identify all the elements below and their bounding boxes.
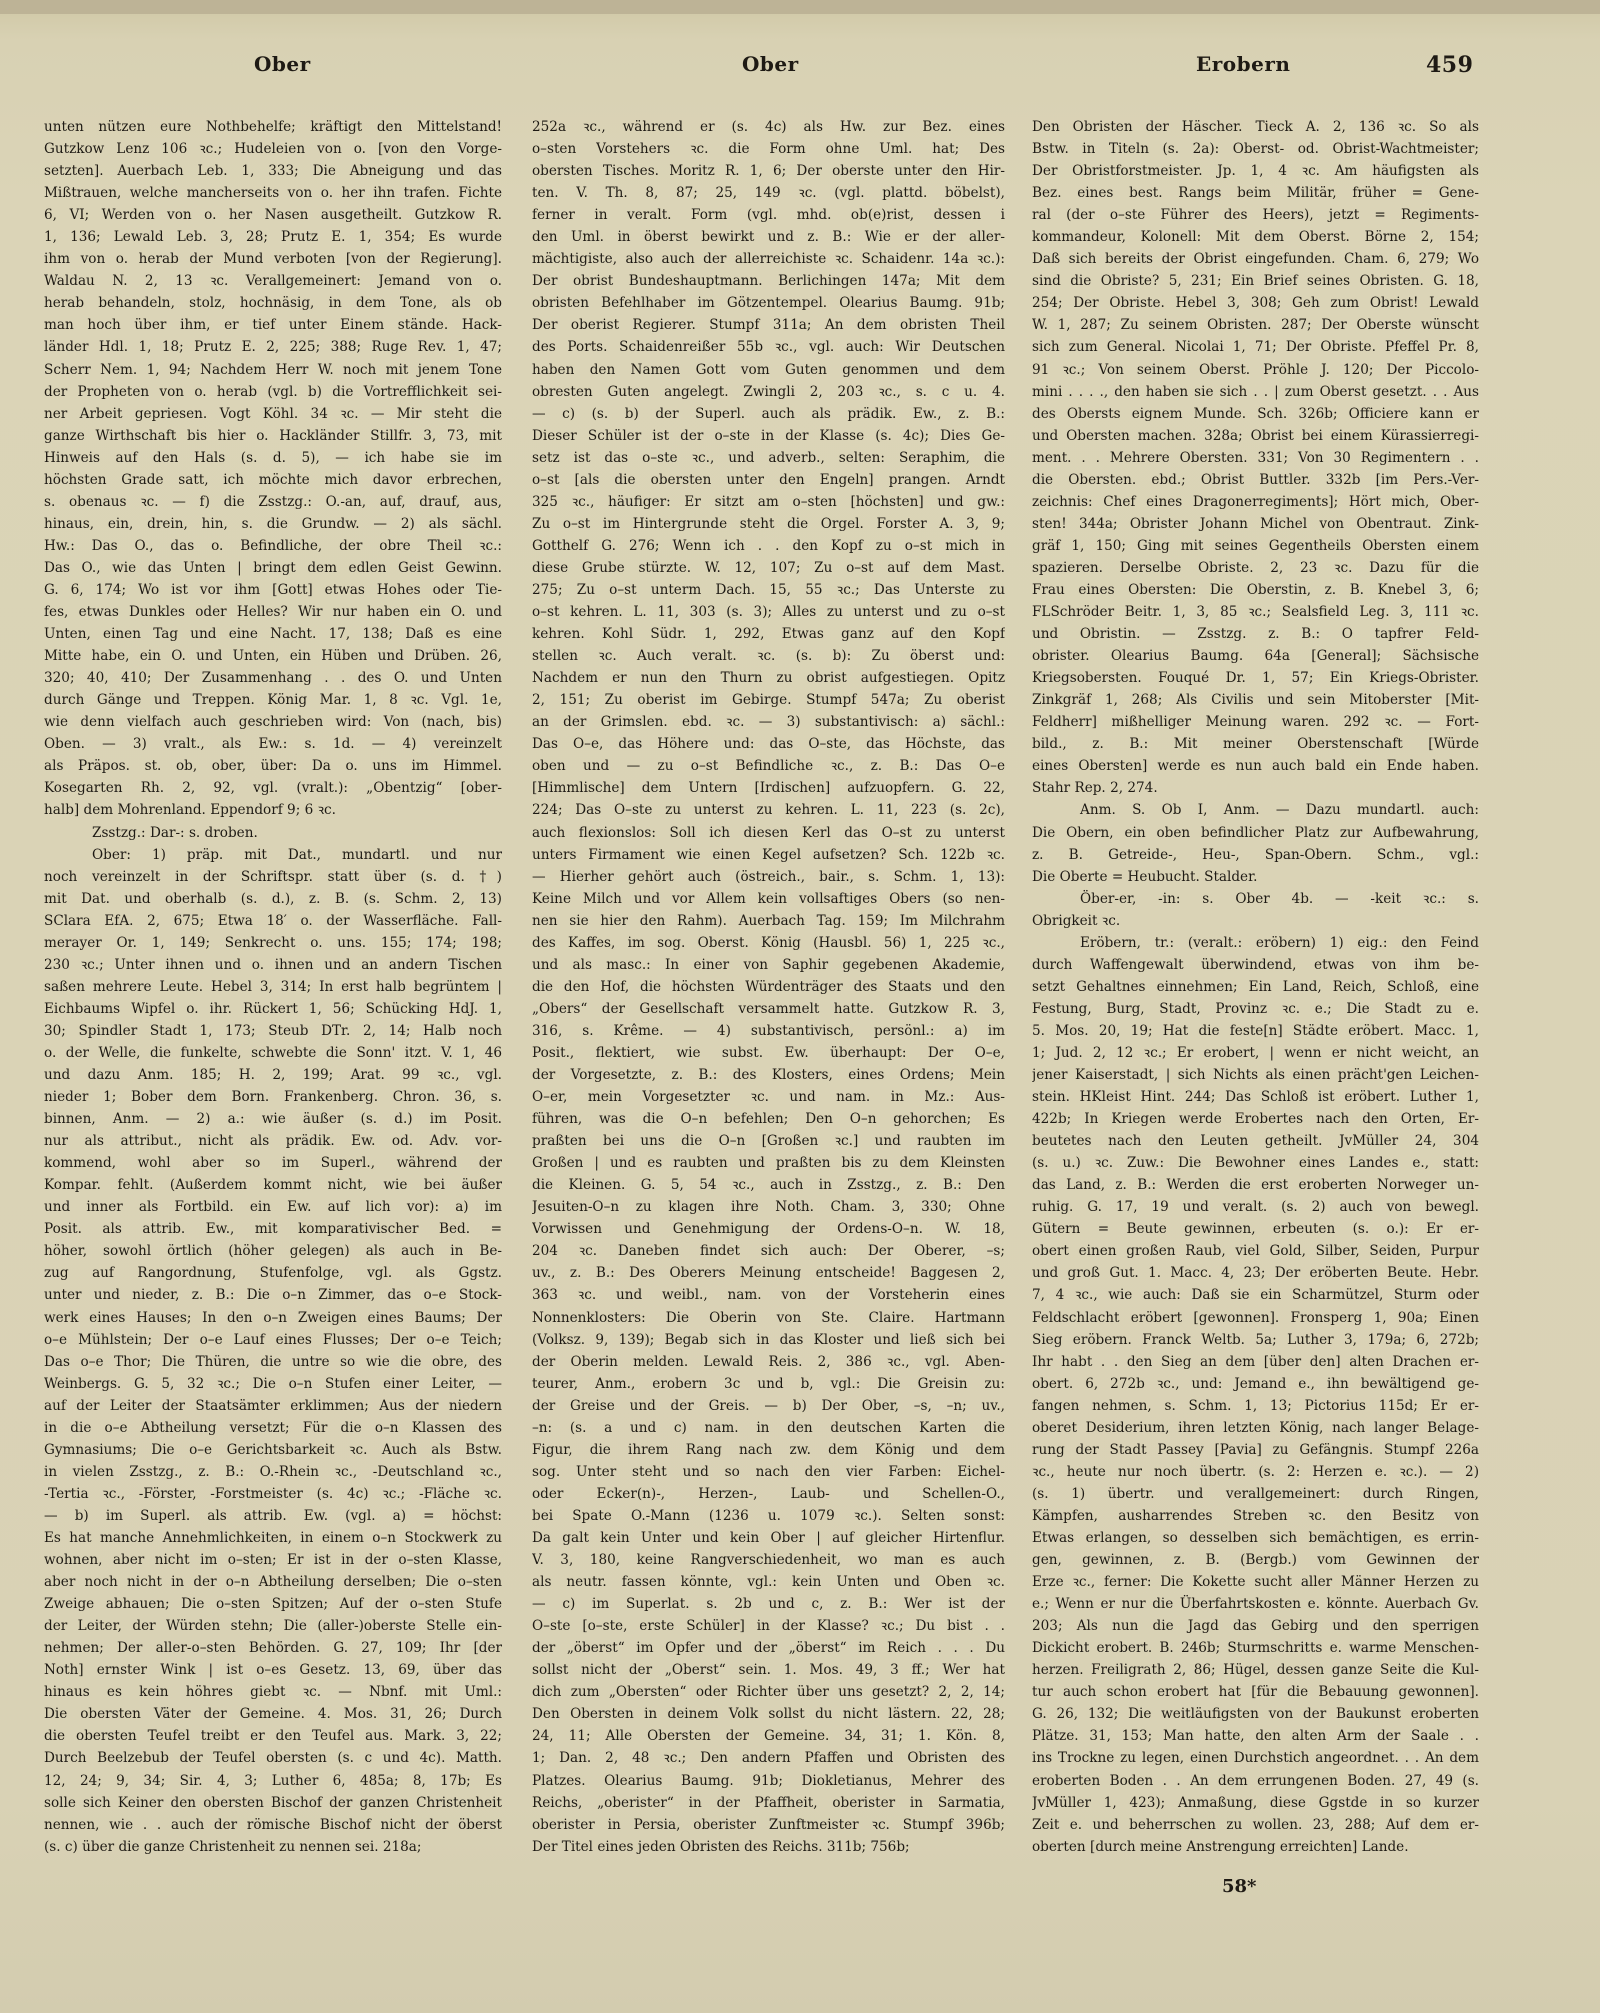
text-line: — c) (s. b) der Superl. auch als prädik.…: [532, 403, 1005, 425]
text-line: teurer, Anm., erobern 3c und b, vgl.: Di…: [532, 1373, 1005, 1395]
text-line: Hinweis auf den Hals (s. d. 5), — ich ha…: [44, 447, 502, 469]
text-line: oberet Desiderium, ihren letzten König, …: [1032, 1417, 1479, 1439]
text-line: durch Waffengewalt überwindend, etwas vo…: [1032, 954, 1479, 976]
text-line: Etwas erlangen, so desselben sich bemäch…: [1032, 1527, 1479, 1549]
left-running-headword: Ober: [254, 52, 311, 76]
text-line: spazieren. Derselbe Obriste. 2, 23 ꝛc. D…: [1032, 557, 1479, 579]
text-line: und inner als Fortbild. ein Ew. auf lich…: [44, 1196, 502, 1218]
text-line: Weinbergs. G. 5, 32 ꝛc.; Die o–n Stufen …: [44, 1373, 502, 1395]
text-line: noch vereinzelt in der Schriftspr. statt…: [44, 866, 502, 888]
text-line: o. der Welle, die funkelte, schwebte die…: [44, 1042, 502, 1064]
text-line: jener Kaiserstadt, | sich Nichts als ein…: [1032, 1064, 1479, 1086]
text-line: stellen ꝛc. Auch veralt. ꝛc. (s. b): Zu …: [532, 645, 1005, 667]
text-line: Das O., wie das Unten | bringt dem edlen…: [44, 557, 502, 579]
text-line: 12, 24; 9, 34; Sir. 4, 3; Luther 6, 485a…: [44, 1770, 502, 1792]
text-line: (s. c) über die ganze Christenheit zu ne…: [44, 1836, 502, 1858]
text-line: Gütern = Beute gewinnen, erbeuten (s. o.…: [1032, 1218, 1479, 1240]
text-line: gräf 1, 150; Ging mit seines Gegentheils…: [1032, 535, 1479, 557]
text-line: — c) im Superlat. s. 2b und c, z. B.: We…: [532, 1593, 1005, 1615]
text-line: halb] dem Mohrenland. Eppendorf 9; 6 ꝛc.: [44, 799, 502, 821]
text-line: der Greise und der Greis. — b) Der Ober,…: [532, 1395, 1005, 1417]
text-line: Da galt kein Unter und kein Ober | auf g…: [532, 1527, 1005, 1549]
text-line: O–ste [o–ste, erste Schüler] in der Klas…: [532, 1615, 1005, 1637]
text-line: als neutr. fassen könnte, vgl.: kein Unt…: [532, 1571, 1005, 1593]
text-line: werk eines Hauses; In den o–n Zweigen ei…: [44, 1307, 502, 1329]
text-line: SClara EfA. 2, 675; Etwa 18′ o. der Wass…: [44, 910, 502, 932]
text-line: oben und — zu o–st Befindliche ꝛc., z. B…: [532, 755, 1005, 777]
center-running-headword: Ober: [742, 52, 799, 76]
text-line: Nonnenklosters: Die Oberin von Ste. Clai…: [532, 1307, 1005, 1329]
text-line: 91 ꝛc.; Von seinem Oberst. Pröhle J. 120…: [1032, 359, 1479, 381]
text-line: Kompar. fehlt. (Außerdem kommt nicht, wi…: [44, 1174, 502, 1196]
text-line: Obrigkeit ꝛc.: [1032, 910, 1479, 932]
text-line: Waldau N. 2, 13 ꝛc. Verallgemeinert: Jem…: [44, 270, 502, 292]
text-line: 24, 11; Alle Obersten der Gemeine. 34, 3…: [532, 1725, 1005, 1747]
text-line: Zweige abhauen; Die o–sten Spitzen; Auf …: [44, 1593, 502, 1615]
text-line: und groß Gut. 1. Macc. 4, 23; Der eröber…: [1032, 1262, 1479, 1284]
text-line: bild., z. B.: Mit meiner Oberstenschaft …: [1032, 733, 1479, 755]
text-line: — Hierher gehört auch (östreich., bair.,…: [532, 866, 1005, 888]
text-line: durch Gänge und Treppen. König Mar. 1, 8…: [44, 689, 502, 711]
text-line: Der Titel eines jeden Obristen des Reich…: [532, 1836, 1005, 1858]
text-line: ferner in veralt. Form (vgl. mhd. ob(e)r…: [532, 204, 1005, 226]
text-line: 275; Zu o–st unterm Dach. 15, 55 ꝛc.; Da…: [532, 579, 1005, 601]
text-line: Ihr habt . . den Sieg an dem [über den] …: [1032, 1351, 1479, 1373]
text-line: setzt Gehaltnes einnehmen; Ein Land, Rei…: [1032, 976, 1479, 998]
text-line: uv., z. B.: Des Oberers Meinung entschei…: [532, 1262, 1005, 1284]
text-line: 254; Der Obriste. Hebel 3, 308; Geh zum …: [1032, 292, 1479, 314]
text-line: sog. Unter steht und so nach den vier Fa…: [532, 1461, 1005, 1483]
text-line: O–er, mein Vorgesetzter ꝛc. und nam. in …: [532, 1086, 1005, 1108]
text-line: Gymnasiums; Die o–e Gerichtsbarkeit ꝛc. …: [44, 1439, 502, 1461]
text-line: Unten, einen Tag und eine Nacht. 17, 138…: [44, 623, 502, 645]
text-line: oberten [durch meine Anstrengung erreich…: [1032, 1836, 1479, 1858]
dictionary-page: Ober Ober Erobern 459 unten nützen eure …: [0, 0, 1600, 2013]
text-line: tur auch schon erobert hat [für die Beba…: [1032, 1681, 1479, 1703]
text-line: setzten]. Auerbach Leb. 1, 333; Die Abne…: [44, 160, 502, 182]
text-line: das Land, z. B.: Werden die erst erobert…: [1032, 1174, 1479, 1196]
text-line: Reichs, „oberister“ in der Pfaffheit, ob…: [532, 1792, 1005, 1814]
text-line: Scherr Nem. 1, 94; Nachdem Herr W. noch …: [44, 359, 502, 381]
text-line: binnen, Anm. — 2) a.: wie äußer (s. d.) …: [44, 1108, 502, 1130]
text-line: (s. u.) ꝛc. Zuw.: Die Bewohner eines Lan…: [1032, 1152, 1479, 1174]
text-line: 1; Dan. 2, 48 ꝛc.; Den andern Pfaffen un…: [532, 1747, 1005, 1769]
text-line: 422b; In Kriegen werde Erobertes nach de…: [1032, 1108, 1479, 1130]
text-line: 5. Mos. 20, 19; Hat die feste[n] Städte …: [1032, 1020, 1479, 1042]
text-line: Öber-er, -in: s. Ober 4b. — -keit ꝛc.: s…: [1032, 888, 1479, 910]
text-line: setz ist das o–ste ꝛc., und adverb., sel…: [532, 447, 1005, 469]
text-line: Stahr Rep. 2, 274.: [1032, 777, 1479, 799]
text-line: haben den Namen Gott vom Guten genommen …: [532, 359, 1005, 381]
text-line: [Himmlische] dem Untern [Irdischen] aufz…: [532, 777, 1005, 799]
text-line: herab behandeln, stolz, hochnäsig, in de…: [44, 292, 502, 314]
text-line: stein. HKleist Hint. 244; Das Schloß ist…: [1032, 1086, 1479, 1108]
text-line: und als masc.: In einer von Saphir gegeb…: [532, 954, 1005, 976]
text-line: Mißtrauen, welche mancherseits von o. he…: [44, 182, 502, 204]
text-line: merayer Or. 1, 149; Senkrecht o. uns. 15…: [44, 932, 502, 954]
text-line: Den Obristen der Häscher. Tieck A. 2, 13…: [1032, 116, 1479, 138]
text-line: diese Grube stürzte. W. 12, 107; Zu o–st…: [532, 557, 1005, 579]
text-line: Zu o–st im Hintergrunde steht die Orgel.…: [532, 513, 1005, 535]
text-line: 204 ꝛc. Daneben findet sich auch: Der Ob…: [532, 1240, 1005, 1262]
text-line: Die obersten Väter der Gemeine. 4. Mos. …: [44, 1703, 502, 1725]
running-header: Ober Ober Erobern 459: [0, 52, 1600, 92]
text-line: Eröbern, tr.: (veralt.: eröbern) 1) eig.…: [1032, 932, 1479, 954]
text-line: unten nützen eure Nothbehelfe; kräftigt …: [44, 116, 502, 138]
text-line: saßen mehrere Leute. Hebel 3, 314; In er…: [44, 976, 502, 998]
text-line: 224; Das O–ste zu unterst zu kehren. L. …: [532, 799, 1005, 821]
text-line: Das o–e Thor; Die Thüren, die untre so w…: [44, 1351, 502, 1373]
text-line: unters Firmament wie einen Kegel aufsetz…: [532, 844, 1005, 866]
text-line: obert einen großen Raub, viel Gold, Silb…: [1032, 1240, 1479, 1262]
text-line: Daß sich bereits der Obrist eingefunden.…: [1032, 248, 1479, 270]
text-line: fangen nehmen, s. Schm. 1, 13; Pictorius…: [1032, 1395, 1479, 1417]
text-line: „Obers“ der Gesellschaft versammelt hatt…: [532, 998, 1005, 1020]
right-running-headword: Erobern: [1196, 52, 1290, 76]
text-line: höher, sowohl örtlich (höher gelegen) al…: [44, 1240, 502, 1262]
text-line: Frau eines Obersten: Die Oberstin, z. B.…: [1032, 579, 1479, 601]
text-line: z. B. Getreide-, Heu-, Span-Obern. Schm.…: [1032, 844, 1479, 866]
text-line: nennen, wie . . auch der römische Bischo…: [44, 1814, 502, 1836]
text-line: 320; 40, 410; Der Zusammenhang . . des O…: [44, 667, 502, 689]
text-line: 1, 136; Lewald Leb. 3, 28; Prutz E. 1, 3…: [44, 226, 502, 248]
text-line: und dazu Anm. 185; H. 2, 199; Arat. 99 ꝛ…: [44, 1064, 502, 1086]
text-line: Oben. — 3) vralt., als Ew.: s. 1d. — 4) …: [44, 733, 502, 755]
text-line: 230 ꝛc.; Unter ihnen und o. ihnen und an…: [44, 954, 502, 976]
text-line: mit Dat. und oberhalb (s. d.), z. B. (s.…: [44, 888, 502, 910]
text-line: rung der Stadt Passey [Pavia] zu Gefängn…: [1032, 1439, 1479, 1461]
text-line: ruhig. G. 17, 19 und veralt. (s. 2) auch…: [1032, 1196, 1479, 1218]
text-line: bei Spate O.-Mann (1236 u. 1079 ꝛc.). Se…: [532, 1505, 1005, 1527]
text-line: kommend, wohl aber so im Superl., währen…: [44, 1152, 502, 1174]
text-line: auf der Leiter der Staatsämter erklimmen…: [44, 1395, 502, 1417]
text-line: Bez. eines best. Rangs beim Militär, frü…: [1032, 182, 1479, 204]
text-line: die Obersten. ebd.; Obrist Buttler. 332b…: [1032, 469, 1479, 491]
text-line: der Vorgesetzte, z. B.: des Klosters, ei…: [532, 1064, 1005, 1086]
column-right: Den Obristen der Häscher. Tieck A. 2, 13…: [1032, 116, 1479, 1858]
text-line: des Obersts eignem Munde. Sch. 326b; Off…: [1032, 403, 1479, 425]
text-line: 2, 151; Zu oberist im Gebirge. Stumpf 54…: [532, 689, 1005, 711]
text-line: ihm von o. herab der Mund verboten [von …: [44, 248, 502, 270]
text-line: Festung, Burg, Stadt, Provinz ꝛc. e.; Di…: [1032, 998, 1479, 1020]
text-line: Ober: 1) präp. mit Dat., mundartl. und n…: [44, 844, 502, 866]
text-line: hinaus, ein, drein, hin, s. die Grundw. …: [44, 513, 502, 535]
text-line: aber noch nicht in der o–n Abtheilung de…: [44, 1571, 502, 1593]
text-line: die den Hof, die höchsten Würdenträger d…: [532, 976, 1005, 998]
text-line: hinaus es kein höhres giebt ꝛc. — Nbnf. …: [44, 1681, 502, 1703]
text-line: ꝛc., heute nur noch übertr. (s. 2: Herze…: [1032, 1461, 1479, 1483]
text-line: G. 6, 174; Wo ist vor ihm [Gott] etwas H…: [44, 579, 502, 601]
text-line: kommandeur, Kolonell: Mit dem Oberst. Bö…: [1032, 226, 1479, 248]
text-line: in vielen Zsstzg., z. B.: O.-Rhein ꝛc., …: [44, 1461, 502, 1483]
text-line: unter und nieder, z. B.: Die o–n Zimmer,…: [44, 1284, 502, 1306]
text-line: Dickicht erobert. B. 246b; Sturmschritts…: [1032, 1637, 1479, 1659]
text-line: Jesuiten-O–n zu klagen ihre Noth. Cham. …: [532, 1196, 1005, 1218]
text-line: ganze Wirthschaft bis hier o. Hackländer…: [44, 425, 502, 447]
text-line: kehren. Kohl Südr. 1, 292, Etwas ganz au…: [532, 623, 1005, 645]
text-line: 1; Jud. 2, 12 ꝛc.; Er erobert, | wenn er…: [1032, 1042, 1479, 1064]
text-line: in die o–e Abtheilung versetzt; Für die …: [44, 1417, 502, 1439]
text-line: obristen Befehlhaber im Götzentempel. Ol…: [532, 292, 1005, 314]
text-line: Posit., flektiert, wie subst. Ew. überha…: [532, 1042, 1005, 1064]
text-line: Es hat manche Annehmlichkeiten, in einem…: [44, 1527, 502, 1549]
text-line: Feldherr] mißhelliger Meinung waren. 292…: [1032, 711, 1479, 733]
text-line: mächtigiste, also auch der allerreichist…: [532, 248, 1005, 270]
text-line: ral (der o–ste Führer des Heers), jetzt …: [1032, 204, 1479, 226]
text-line: der „öberst“ im Opfer und der „öberst“ i…: [532, 1637, 1005, 1659]
text-line: wie denn vielfach auch geschrieben wird:…: [44, 711, 502, 733]
text-line: sind die Obriste? 5, 231; Ein Brief sein…: [1032, 270, 1479, 292]
text-line: obrister. Olearius Baumg. 64a [General];…: [1032, 645, 1479, 667]
text-line: 6, VI; Werden von o. her Nasen ausgethei…: [44, 204, 502, 226]
text-line: eines Obersten] werde es nun auch bald e…: [1032, 755, 1479, 777]
text-line: auch flexionslos: Soll ich diesen Kerl d…: [532, 822, 1005, 844]
text-line: eroberten Boden . . An dem errungenen Bo…: [1032, 1770, 1479, 1792]
text-line: Der Obristforstmeister. Jp. 1, 4 ꝛc. Am …: [1032, 160, 1479, 182]
signature-mark: 58*: [1222, 1876, 1256, 1897]
text-line: und Obersten machen. 328a; Obrist bei ei…: [1032, 425, 1479, 447]
text-line: fes, etwas Dunkles oder Helles? Wir nur …: [44, 601, 502, 623]
page-number: 459: [1426, 52, 1473, 78]
text-line: obresten Guten angelegt. Zwingli 2, 203 …: [532, 381, 1005, 403]
text-line: Der obrist Bundeshauptmann. Berlichingen…: [532, 270, 1005, 292]
text-line: Figur, die ihrem Rang nach zw. dem König…: [532, 1439, 1005, 1461]
text-line: Keine Milch und vor Allem kein vollsafti…: [532, 888, 1005, 910]
text-line: zug auf Rangordnung, Stufenfolge, vgl. a…: [44, 1262, 502, 1284]
text-line: höchsten Grade satt, ich möchte mich dav…: [44, 469, 502, 491]
text-line: 252a ꝛc., während er (s. 4c) als Hw. zur…: [532, 116, 1005, 138]
text-line: gen, gewinnen, z. B. (Bergb.) vom Gewinn…: [1032, 1549, 1479, 1571]
text-line: nehmen; Der aller-o–sten Behörden. G. 27…: [44, 1637, 502, 1659]
text-line: Eichbaums Wipfel o. ihr. Rückert 1, 56; …: [44, 998, 502, 1020]
text-line: Nachdem er nun den Thurn zu obrist aufge…: [532, 667, 1005, 689]
text-line: ner Arbeit gepriesen. Vogt Köhl. 34 ꝛc. …: [44, 403, 502, 425]
text-line: sten! 344a; Obrister Johann Michel von O…: [1032, 513, 1479, 535]
text-line: ins Trockne zu legen, einen Durchstich a…: [1032, 1747, 1479, 1769]
text-line: -Tertia ꝛc., -Förster, -Forstmeister (s.…: [44, 1483, 502, 1505]
text-line: beutetes nach den Leuten getheilt. JvMül…: [1032, 1130, 1479, 1152]
text-line: Kriegsobersten. Fouqué Dr. 1, 57; Ein Kr…: [1032, 667, 1479, 689]
text-line: zeichnis: Chef eines Dragonerregiments];…: [1032, 491, 1479, 513]
text-line: nen sie hier den Rahm). Auerbach Tag. 15…: [532, 910, 1005, 932]
text-line: V. 3, 180, keine Rangverschiedenheit, wo…: [532, 1549, 1005, 1571]
text-line: mini . . . ., den haben sie sich . . | z…: [1032, 381, 1479, 403]
text-line: der Leiter, der Würden stehn; Die (aller…: [44, 1615, 502, 1637]
text-line: G. 26, 132; Die weitläufigsten von der B…: [1032, 1703, 1479, 1725]
text-line: 316, s. Krême. — 4) substantivisch, pers…: [532, 1020, 1005, 1042]
text-line: Gotthelf G. 276; Wenn ich . . den Kopf z…: [532, 535, 1005, 557]
text-line: s. obenaus ꝛc. — f) die Zsstzg.: O.-an, …: [44, 491, 502, 513]
text-line: man hoch über ihm, er tief unter Einem s…: [44, 314, 502, 336]
text-line: W. 1, 287; Zu seinem Obristen. 287; Der …: [1032, 314, 1479, 336]
text-line: dich zum „Obersten“ oder Richter über un…: [532, 1681, 1005, 1703]
text-line: des Kaffes, im sog. Oberst. König (Hausb…: [532, 932, 1005, 954]
text-line: o–sten Vorstehers ꝛc. die Form ohne Uml.…: [532, 138, 1005, 160]
text-line: 325 ꝛc., häufiger: Er sitzt am o–sten [h…: [532, 491, 1005, 513]
text-line: praßten bei uns die O–n [Großen ꝛc.] und…: [532, 1130, 1005, 1152]
text-line: obert. 6, 272b ꝛc., und: Jemand e., ihn …: [1032, 1373, 1479, 1395]
text-line: (s. 1) übertr. und verallgemeinert: durc…: [1032, 1483, 1479, 1505]
text-line: Durch Beelzebub der Teufel obersten (s. …: [44, 1747, 502, 1769]
text-line: Posit. als attrib. Ew., mit komparativis…: [44, 1218, 502, 1240]
text-line: des Ports. Schaidenreißer 55b ꝛc., vgl. …: [532, 336, 1005, 358]
text-line: Der oberist Regierer. Stumpf 311a; An de…: [532, 314, 1005, 336]
text-line: als Präpos. st. ob, ober, über: Da o. un…: [44, 755, 502, 777]
text-line: Mitte habe, ein O. und Unten, ein Hüben …: [44, 645, 502, 667]
text-line: Die Obern, ein oben befindlicher Platz z…: [1032, 822, 1479, 844]
text-line: die Kleinen. G. 5, 54 ꝛc., auch in Zsstz…: [532, 1174, 1005, 1196]
text-line: (Volksz. 9, 139); Begab sich in das Klos…: [532, 1329, 1005, 1351]
text-line: sich zum General. Nicolai 1, 71; Der Obr…: [1032, 336, 1479, 358]
text-line: Zinkgräf 1, 268; Als Civilis und sein Mi…: [1032, 689, 1479, 711]
column-left: unten nützen eure Nothbehelfe; kräftigt …: [44, 116, 502, 1858]
text-line: Feldschlacht eröbert [gewonnen]. Fronspe…: [1032, 1307, 1479, 1329]
text-line: JvMüller 1, 423); Anmaßung, diese Ggstde…: [1032, 1792, 1479, 1814]
text-line: –n: (s. a und c) nam. in den deutschen K…: [532, 1417, 1005, 1439]
text-line: die obersten Teufel treibt er den Teufel…: [44, 1725, 502, 1747]
text-line: Sieg eröbern. Franck Weltb. 5a; Luther 3…: [1032, 1329, 1479, 1351]
text-line: 7, 4 ꝛc., wie auch: Daß sie ein Scharmüt…: [1032, 1284, 1479, 1306]
text-line: an der Grimslen. ebd. ꝛc. — 3) substanti…: [532, 711, 1005, 733]
text-line: Zsstzg.: Dar-: s. droben.: [44, 822, 502, 844]
text-line: Gutzkow Lenz 106 ꝛc.; Hudeleien von o. […: [44, 138, 502, 160]
text-line: sollst nicht der „Oberst“ sein. 1. Mos. …: [532, 1659, 1005, 1681]
text-line: Den Obersten in deinem Volk sollst du ni…: [532, 1703, 1005, 1725]
text-line: Die Oberte = Heubucht. Stalder.: [1032, 866, 1479, 888]
text-line: Kosegarten Rh. 2, 92, vgl. (vralt.): „Ob…: [44, 777, 502, 799]
text-line: der Oberin melden. Lewald Reis. 2, 386 ꝛ…: [532, 1351, 1005, 1373]
column-middle: 252a ꝛc., während er (s. 4c) als Hw. zur…: [532, 116, 1005, 1858]
text-line: ten. V. Th. 8, 87; 25, 149 ꝛc. (vgl. pla…: [532, 182, 1005, 204]
text-line: herzen. Freiligrath 2, 86; Hügel, dessen…: [1032, 1659, 1479, 1681]
text-line: FLSchröder Beitr. 1, 3, 85 ꝛc.; Sealsfie…: [1032, 601, 1479, 623]
text-line: der Propheten von o. herab (vgl. b) die …: [44, 381, 502, 403]
text-line: obersten Tisches. Moritz R. 1, 6; Der ob…: [532, 160, 1005, 182]
text-line: ment. . . Mehrere Obersten. 331; Von 30 …: [1032, 447, 1479, 469]
scan-edge: [0, 0, 1600, 14]
text-line: Bstw. in Titeln (s. 2a): Oberst- od. Obr…: [1032, 138, 1479, 160]
text-line: 363 ꝛc. und weibl., nam. von der Vorsteh…: [532, 1284, 1005, 1306]
text-line: Das O–e, das Höhere und: das O–ste, das …: [532, 733, 1005, 755]
text-line: oder Ecker(n)-, Herzen-, Laub- und Schel…: [532, 1483, 1005, 1505]
text-line: nur als attribut., nicht als prädik. Ew.…: [44, 1130, 502, 1152]
text-line: Kämpfen, ausharrendes Streben ꝛc. den Be…: [1032, 1505, 1479, 1527]
text-line: e.; Wenn er nur die Überfahrtskosten e. …: [1032, 1593, 1479, 1615]
text-line: führen, was die O–n befehlen; Den O–n ge…: [532, 1108, 1005, 1130]
text-line: den Uml. in öberst bewirkt und z. B.: Wi…: [532, 226, 1005, 248]
text-line: länder Hdl. 1, 18; Prutz E. 2, 225; 388;…: [44, 336, 502, 358]
text-line: solle sich Keiner den obersten Bischof d…: [44, 1792, 502, 1814]
text-line: o–e Mühlstein; Der o–e Lauf eines Flusse…: [44, 1329, 502, 1351]
text-line: Zeit e. und beherrschen zu wollen. 23, 2…: [1032, 1814, 1479, 1836]
text-line: nieder 1; Bober dem Born. Frankenberg. C…: [44, 1086, 502, 1108]
text-line: o–st kehren. L. 11, 303 (s. 3); Alles zu…: [532, 601, 1005, 623]
text-line: 30; Spindler Stadt 1, 173; Steub DTr. 2,…: [44, 1020, 502, 1042]
text-line: Plätze. 31, 153; Man hatte, den alten Ar…: [1032, 1725, 1479, 1747]
text-line: und Obristin. — Zsstzg. z. B.: O tapfrer…: [1032, 623, 1479, 645]
text-line: 203; Als nun die Jagd das Gebirg und den…: [1032, 1615, 1479, 1637]
text-line: o–st [als die obersten unter den Engeln]…: [532, 469, 1005, 491]
text-line: oberister in Persia, oberister Zunftmeis…: [532, 1814, 1005, 1836]
text-line: Erze ꝛc., ferner: Die Kokette sucht alle…: [1032, 1571, 1479, 1593]
text-line: Hw.: Das O., das o. Befindliche, der obr…: [44, 535, 502, 557]
text-line: Platzes. Olearius Baumg. 91b; Diokletian…: [532, 1770, 1005, 1792]
text-line: Noth] ernster Wink | ist o–es Gesetz. 13…: [44, 1659, 502, 1681]
text-line: wohnen, aber nicht im o–sten; Er ist in …: [44, 1549, 502, 1571]
text-line: Dieser Schüler ist der o–ste in der Klas…: [532, 425, 1005, 447]
text-line: — b) im Superl. als attrib. Ew. (vgl. a)…: [44, 1505, 502, 1527]
text-line: Großen | und es raubten und praßten bis …: [532, 1152, 1005, 1174]
text-line: Vorwissen und Genehmigung der Ordens-O–n…: [532, 1218, 1005, 1240]
text-line: Anm. S. Ob I, Anm. — Dazu mundartl. auch…: [1032, 799, 1479, 821]
